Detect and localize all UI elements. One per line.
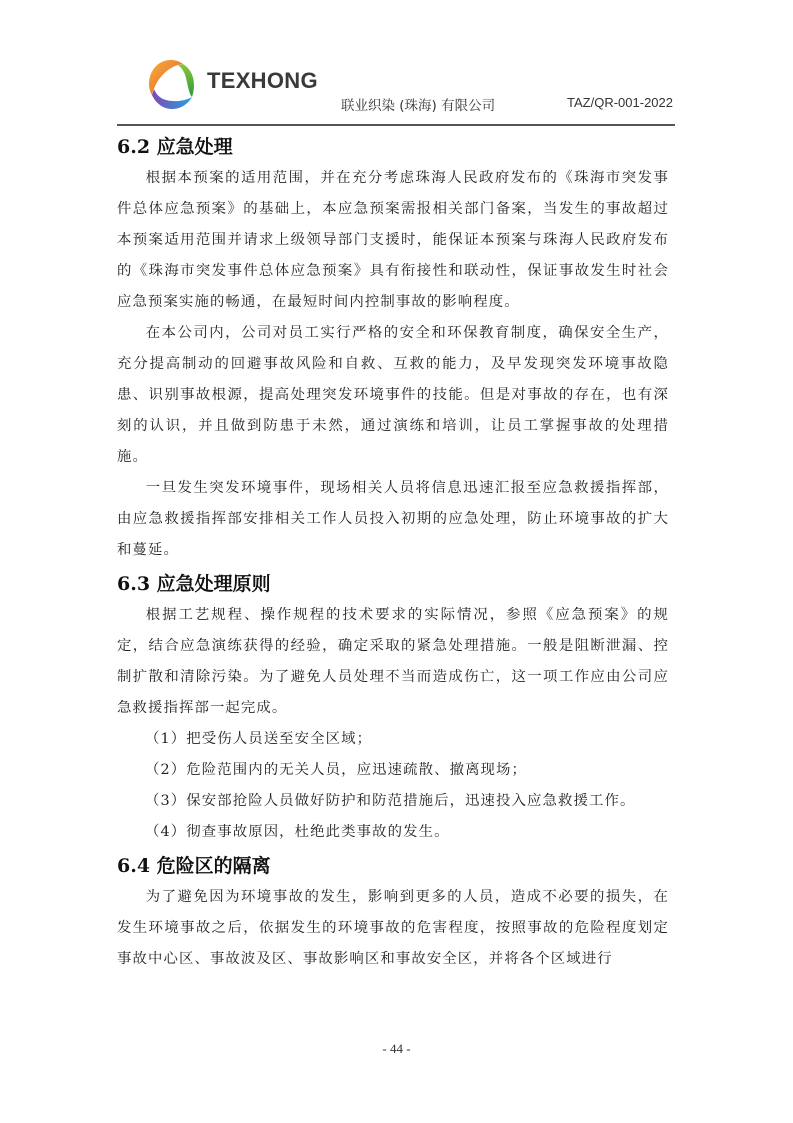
paragraph: 根据工艺规程、操作规程的技术要求的实际情况，参照《应急预案》的规定，结合应急演练… [117, 600, 669, 724]
page-header: TEXHONG 联业织染 (珠海) 有限公司 TAZ/QR-001-2022 [117, 50, 675, 125]
section-title-6-4: 6.4 危险区的隔离 [117, 850, 669, 882]
paragraph: 根据本预案的适用范围，并在充分考虑珠海人民政府发布的《珠海市突发事件总体应急预案… [117, 163, 669, 318]
paragraph: 一旦发生突发环境事件，现场相关人员将信息迅速汇报至应急救援指挥部，由应急救援指挥… [117, 473, 669, 566]
page-number: - 44 - [0, 1041, 793, 1057]
paragraph: 为了避免因为环境事故的发生，影响到更多的人员，造成不必要的损失，在发生环境事故之… [117, 882, 669, 975]
section-title-6-3: 6.3 应急处理原则 [117, 568, 669, 600]
list-item: （2）危险范围内的无关人员，应迅速疏散、撤离现场； [117, 755, 669, 786]
company-name: 联业织染 (珠海) 有限公司 [341, 94, 495, 114]
list-item: （1）把受伤人员送至安全区域； [117, 724, 669, 755]
header-divider [117, 124, 675, 126]
paragraph: 在本公司内，公司对员工实行严格的安全和环保教育制度，确保安全生产，充分提高制动的… [117, 318, 669, 473]
section-title-6-2: 6.2 应急处理 [117, 131, 669, 163]
brand-name: TEXHONG [207, 68, 318, 94]
list-item: （4）彻查事故原因，杜绝此类事故的发生。 [117, 817, 669, 848]
document-number: TAZ/QR-001-2022 [567, 95, 673, 110]
texhong-tricolor-ring-icon [145, 56, 197, 112]
list-item: （3）保安部抢险人员做好防护和防范措施后，迅速投入应急救援工作。 [117, 786, 669, 817]
page-body: 6.2 应急处理 根据本预案的适用范围，并在充分考虑珠海人民政府发布的《珠海市突… [117, 131, 669, 975]
